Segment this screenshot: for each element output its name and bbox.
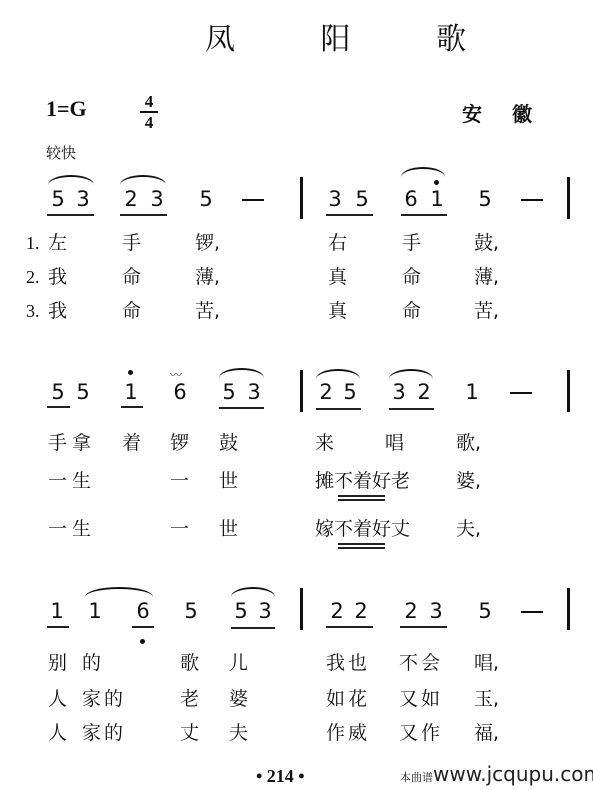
note: 2 xyxy=(330,600,344,622)
bar-line xyxy=(300,370,303,412)
lyric: 丈 xyxy=(180,722,199,744)
slur xyxy=(85,587,153,597)
lyric: 我 xyxy=(48,300,67,322)
extension-dash xyxy=(521,611,543,613)
verse-number: 3. xyxy=(26,301,40,321)
lyric: 真 xyxy=(328,300,347,322)
page-number: • 214 • xyxy=(256,766,305,787)
lyric: 来 xyxy=(315,432,334,454)
extension-dash xyxy=(242,199,264,201)
note: 5 xyxy=(355,188,369,210)
lyric: 唱 xyxy=(385,432,404,454)
lyric: 摊不着好老 xyxy=(315,470,410,492)
note: 3 xyxy=(392,381,406,403)
lyric: 命 xyxy=(122,300,141,322)
underline-eighth xyxy=(389,408,434,410)
slur xyxy=(231,587,275,597)
tempo-marking: 较快 xyxy=(46,142,76,163)
note: 6 xyxy=(404,188,418,210)
bar-line xyxy=(567,177,570,219)
lyric: 夫 xyxy=(229,722,248,744)
note: 3 xyxy=(328,188,342,210)
slur xyxy=(219,368,264,378)
lyric: 鼓 xyxy=(219,432,238,454)
lyric: 玉, xyxy=(474,688,499,710)
bar-line xyxy=(300,588,303,630)
note: 5 xyxy=(478,600,492,622)
underline-eighth xyxy=(316,408,361,410)
lyric: 一 xyxy=(170,518,189,540)
double-underline xyxy=(338,499,385,501)
lyric: 儿 xyxy=(229,652,248,674)
note: 2 xyxy=(417,381,431,403)
note: 3 xyxy=(258,600,272,622)
underline-eighth xyxy=(326,214,373,216)
note: 1 xyxy=(88,600,102,622)
lyric: 手拿 xyxy=(48,432,96,454)
low-octave-dot xyxy=(140,639,145,644)
note: 2 xyxy=(354,600,368,622)
lyric: 真 xyxy=(328,266,347,288)
lyric: 老 xyxy=(180,688,199,710)
note: 6 xyxy=(136,600,150,622)
lyric: 着 xyxy=(122,432,141,454)
lyric: 嫁不着好丈 xyxy=(315,518,410,540)
note: 6 xyxy=(173,381,187,403)
underline-eighth xyxy=(219,407,264,409)
note: 5 xyxy=(199,188,213,210)
lyric: 歌 xyxy=(180,652,199,674)
lyric: 一生 xyxy=(48,470,96,492)
lyric: 苦, xyxy=(195,300,220,322)
lyric: 作威 xyxy=(326,722,370,744)
underline-eighth xyxy=(120,214,167,216)
high-octave-dot xyxy=(434,180,439,185)
lyric: 又作 xyxy=(399,722,443,744)
watermark: 本曲谱www.jcqupu.com xyxy=(400,762,593,786)
underline-eighth xyxy=(401,214,447,216)
note: 2 xyxy=(124,188,138,210)
lyric: 我 xyxy=(48,266,67,288)
lyric: 世 xyxy=(219,518,238,540)
underline-eighth xyxy=(326,626,373,628)
note: 5 xyxy=(234,600,248,622)
lyric: 世 xyxy=(219,470,238,492)
underline-eighth xyxy=(47,626,69,628)
bar-line xyxy=(300,177,303,219)
lyric: 薄, xyxy=(474,266,499,288)
bar-line xyxy=(567,370,570,412)
note: 5 xyxy=(51,381,65,403)
double-underline xyxy=(338,543,385,545)
slur xyxy=(316,369,360,379)
note: 1 xyxy=(465,381,479,403)
lyric-line: 3. xyxy=(26,300,40,322)
time-signature: 4 4 xyxy=(140,93,158,131)
note: 2 xyxy=(404,600,418,622)
slur xyxy=(389,369,433,379)
lyric: 别 xyxy=(48,652,67,674)
note: 3 xyxy=(247,381,261,403)
slur xyxy=(48,175,94,185)
bar-line xyxy=(567,588,570,630)
lyric: 婆, xyxy=(456,470,481,492)
lyric: 人 xyxy=(48,722,67,744)
watermark-prefix: 本曲谱 xyxy=(400,771,433,784)
lyric-line: 2. xyxy=(26,266,40,288)
note: 5 xyxy=(222,381,236,403)
lyric: 手 xyxy=(122,232,141,254)
lyric: 一 xyxy=(170,470,189,492)
lyric-line: 1. xyxy=(26,232,40,254)
underline-eighth xyxy=(132,626,154,628)
lyric: 家的 xyxy=(82,688,126,710)
lyric: 我也 xyxy=(326,652,370,674)
underline-eighth xyxy=(47,214,94,216)
note: 2 xyxy=(319,381,333,403)
note: 5 xyxy=(478,188,492,210)
note: 3 xyxy=(150,188,164,210)
lyric: 福, xyxy=(474,722,499,744)
watermark-url[interactable]: www.jcqupu.com xyxy=(433,762,593,786)
note: 1 xyxy=(124,381,138,403)
lyric: 不会 xyxy=(399,652,443,674)
lyric: 如花 xyxy=(326,688,370,710)
lyric: 又如 xyxy=(399,688,443,710)
note: 5 xyxy=(76,381,90,403)
lyric: 唱, xyxy=(474,652,499,674)
extension-dash xyxy=(510,392,532,394)
note: 5 xyxy=(51,188,65,210)
lyric: 苦, xyxy=(474,300,499,322)
slur xyxy=(120,175,166,185)
slur xyxy=(401,167,445,177)
lyric: 鼓, xyxy=(474,232,499,254)
extension-dash xyxy=(521,199,543,201)
note: 1 xyxy=(50,600,64,622)
lyric: 命 xyxy=(402,266,421,288)
lyric: 婆 xyxy=(229,688,248,710)
lyric: 右 xyxy=(328,232,347,254)
lyric: 锣 xyxy=(170,432,189,454)
note: 5 xyxy=(184,600,198,622)
lyric: 左 xyxy=(48,232,67,254)
lyric: 手 xyxy=(402,232,421,254)
lyric: 夫, xyxy=(456,518,481,540)
underline-eighth xyxy=(121,406,143,408)
time-numerator: 4 xyxy=(145,92,154,111)
lyric: 歌, xyxy=(456,432,481,454)
song-title: 凤 阳 歌 xyxy=(205,14,504,58)
lyric: 家的 xyxy=(82,722,126,744)
song-origin: 安徽 xyxy=(462,98,562,127)
key-signature: 1=G xyxy=(46,96,87,122)
underline-eighth xyxy=(47,406,70,408)
note: 3 xyxy=(76,188,90,210)
verse-number: 1. xyxy=(26,233,40,253)
lyric: 一生 xyxy=(48,518,96,540)
lyric: 锣, xyxy=(195,232,220,254)
lyric: 人 xyxy=(48,688,67,710)
lyric: 薄, xyxy=(195,266,220,288)
lyric: 的 xyxy=(82,652,101,674)
double-underline xyxy=(338,495,385,497)
lyric: 命 xyxy=(122,266,141,288)
underline-eighth xyxy=(231,627,275,629)
double-underline xyxy=(338,547,385,549)
lyric: 命 xyxy=(402,300,421,322)
time-denominator: 4 xyxy=(145,113,154,132)
note: 5 xyxy=(343,381,357,403)
note: 3 xyxy=(429,600,443,622)
verse-number: 2. xyxy=(26,267,40,287)
note: 1 xyxy=(430,188,444,210)
underline-eighth xyxy=(400,626,447,628)
high-octave-dot xyxy=(128,370,133,375)
